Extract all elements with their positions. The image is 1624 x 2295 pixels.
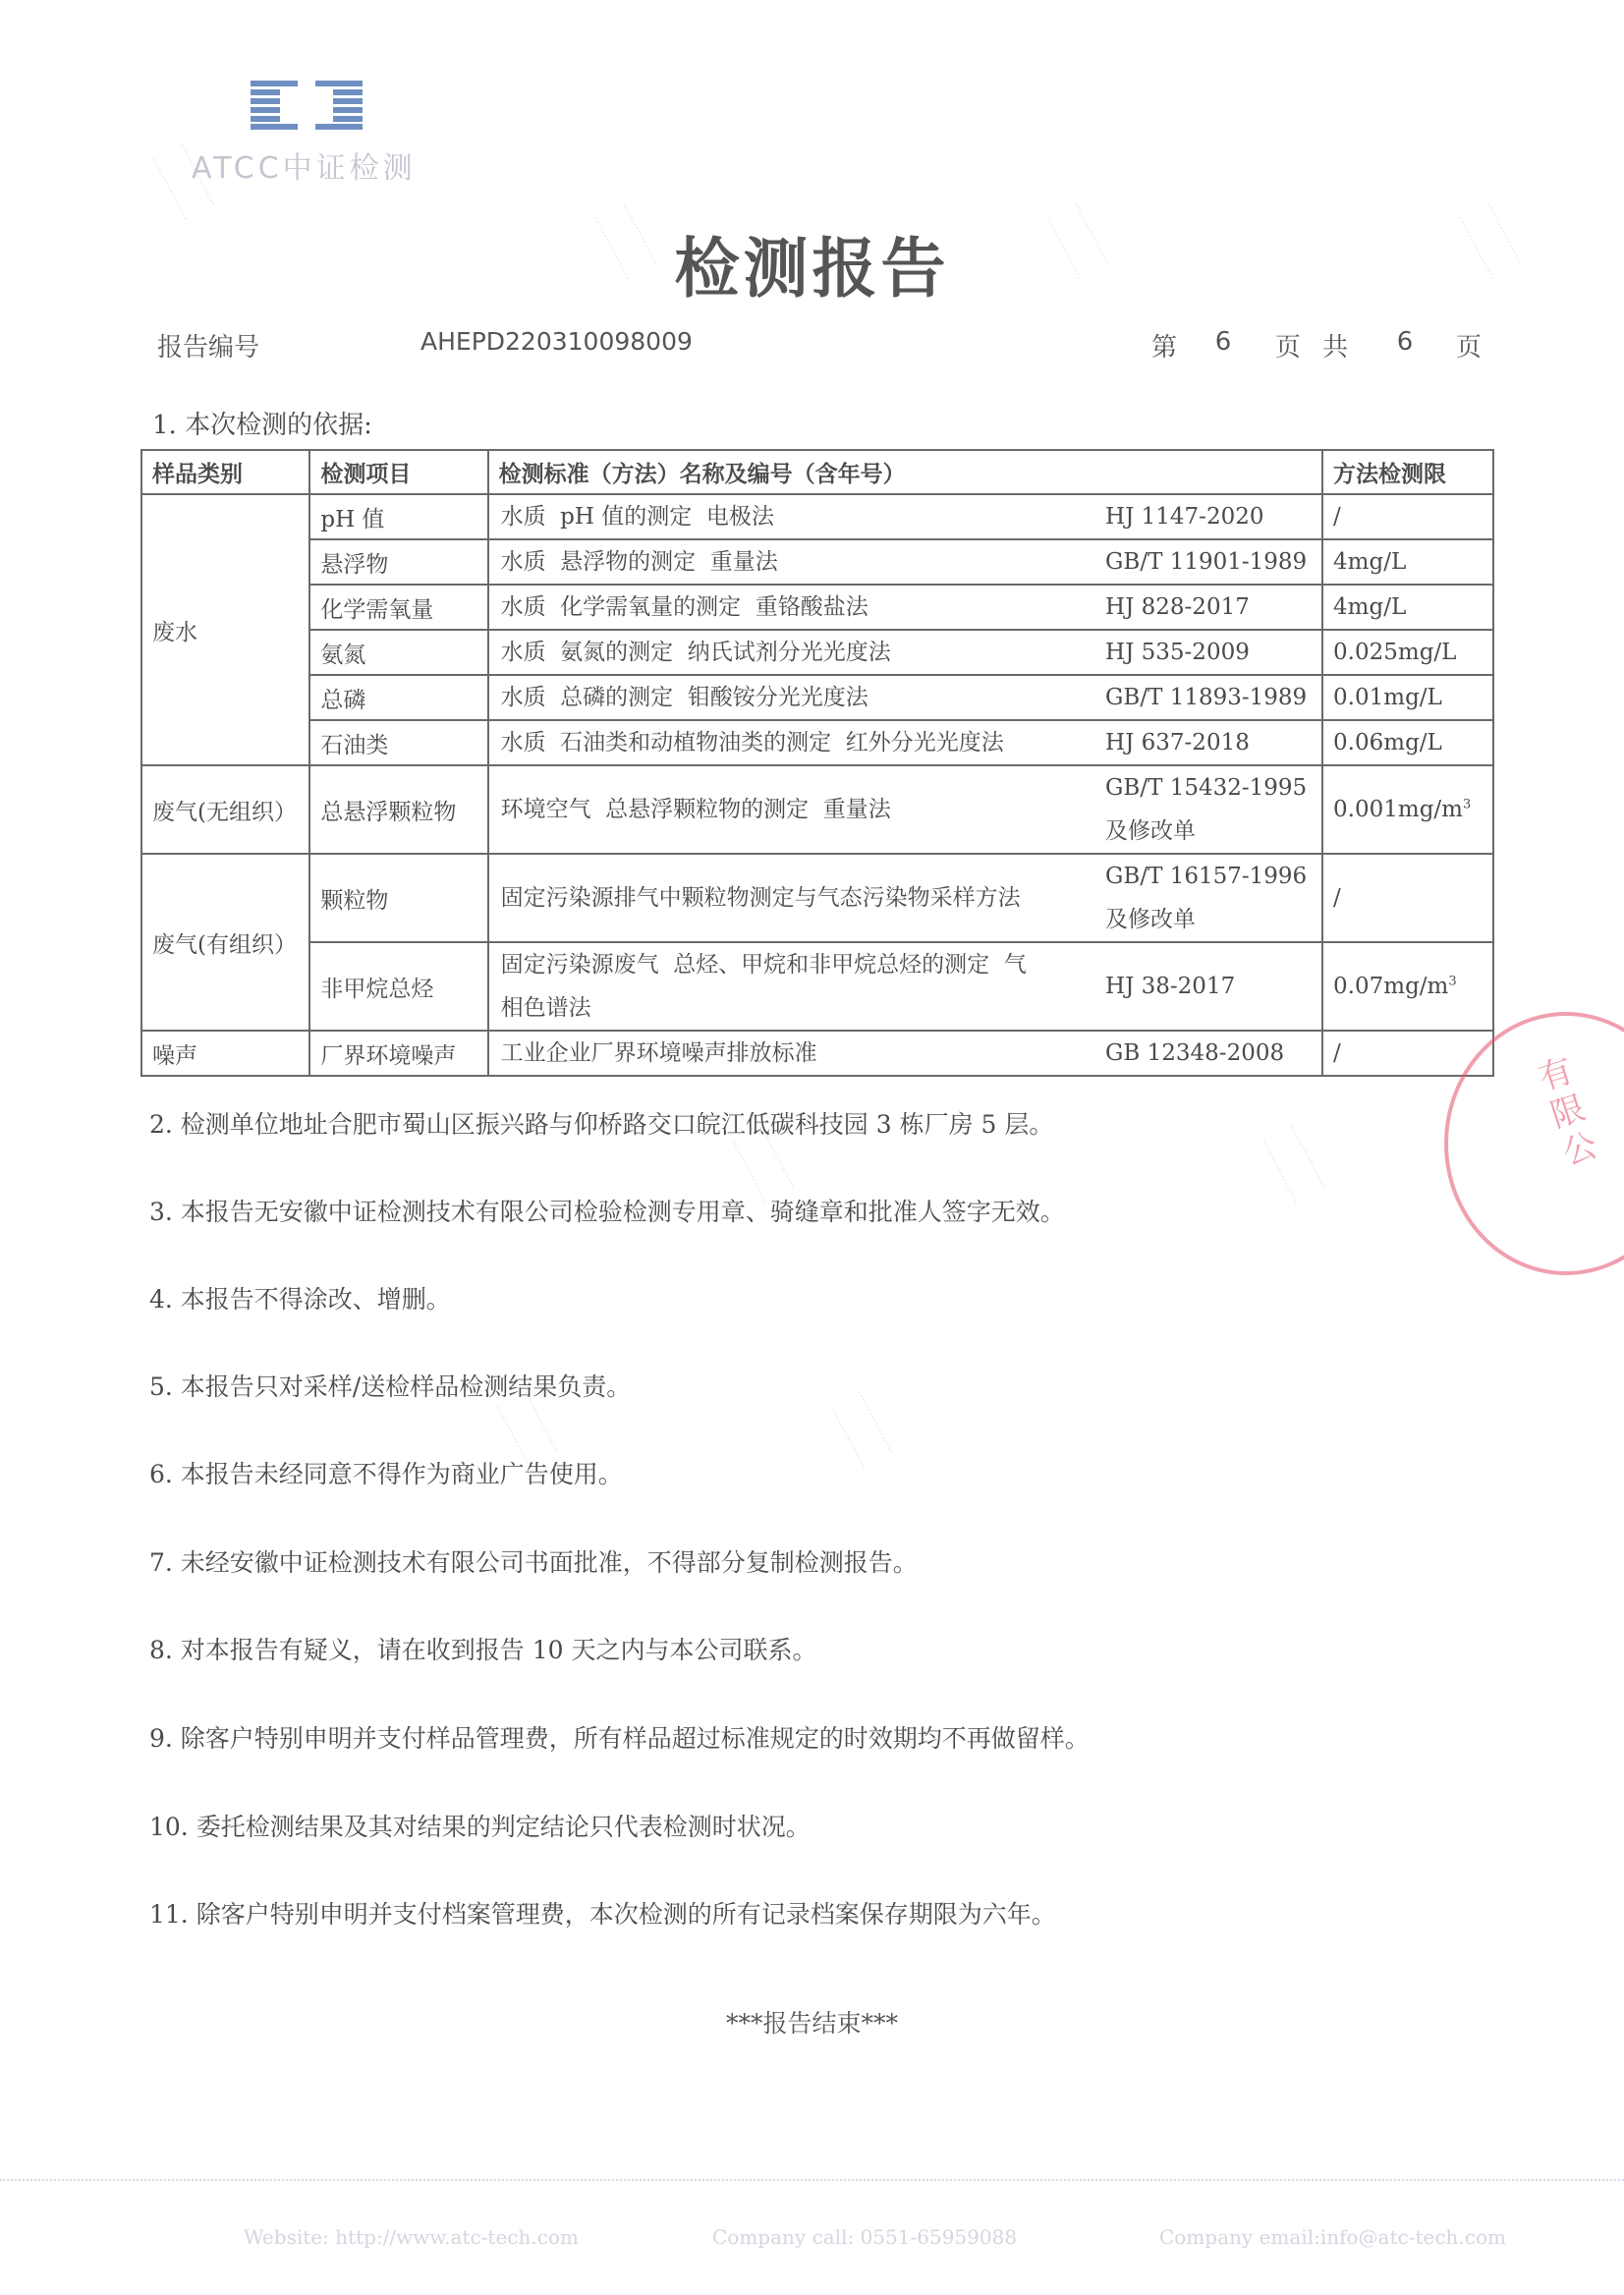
- category-cell: 噪声: [141, 1031, 309, 1076]
- item-cell: 化学需氧量: [309, 585, 487, 630]
- page-total: 6: [1371, 327, 1439, 364]
- item-cell: 悬浮物: [309, 539, 487, 585]
- table-row: 废水 pH 值 水质 pH 值的测定 电极法HJ 1147-2020 /: [141, 494, 1493, 539]
- table-row: 噪声 厂界环境噪声 工业企业厂界环境噪声排放标准GB 12348-2008 /: [141, 1031, 1493, 1076]
- standard-cell: 环境空气 总悬浮颗粒物的测定 重量法GB/T 15432-1995及修改单: [488, 765, 1322, 854]
- note-item: 11. 除客户特别申明并支付档案管理费，本次检测的所有记录档案保存期限为六年。: [149, 1895, 1056, 1931]
- item-cell: 总悬浮颗粒物: [309, 765, 487, 854]
- limit-cell: 0.001mg/m3: [1322, 765, 1493, 854]
- company-logo: ATCC中证检测: [192, 81, 437, 189]
- page-prefix: 第: [1135, 327, 1194, 364]
- standard-cell: 水质 氨氮的测定 纳氏试剂分光光度法HJ 535-2009: [488, 630, 1322, 675]
- note-item: 6. 本报告未经同意不得作为商业广告使用。: [149, 1455, 623, 1490]
- watermark: [1263, 1126, 1325, 1203]
- logo-text: ATCC中证检测: [192, 143, 417, 187]
- limit-cell: 0.025mg/L: [1322, 630, 1493, 675]
- note-item: 4. 本报告不得涂改、增删。: [149, 1280, 451, 1315]
- limit-cell: 0.07mg/m3: [1322, 942, 1493, 1031]
- page-suffix: 页: [1439, 327, 1498, 364]
- category-cell: 废水: [141, 494, 309, 765]
- note-item: 8. 对本报告有疑义，请在收到报告 10 天之内与本公司联系。: [149, 1631, 817, 1666]
- testing-basis-table: 样品类别 检测项目 检测标准（方法）名称及编号（含年号） 方法检测限 废水 pH…: [140, 449, 1494, 1077]
- header-standard: 检测标准（方法）名称及编号（含年号）: [488, 450, 1322, 494]
- note-item: 7. 未经安徽中证检测技术有限公司书面批准，不得部分复制检测报告。: [149, 1543, 918, 1579]
- table-row: 石油类 水质 石油类和动植物油类的测定 红外分光光度法HJ 637-2018 0…: [141, 720, 1493, 765]
- standard-cell: 水质 悬浮物的测定 重量法GB/T 11901-1989: [488, 539, 1322, 585]
- item-cell: 石油类: [309, 720, 487, 765]
- standard-cell: 水质 化学需氧量的测定 重铬酸盐法HJ 828-2017: [488, 585, 1322, 630]
- standard-cell: 水质 石油类和动植物油类的测定 红外分光光度法HJ 637-2018: [488, 720, 1322, 765]
- page-mid: 页 共: [1253, 327, 1371, 364]
- note-item: 3. 本报告无安徽中证检测技术有限公司检验检测专用章、骑缝章和批准人签字无效。: [149, 1193, 1065, 1228]
- category-cell: 废气(无组织）: [141, 765, 309, 854]
- standard-cell: 水质 pH 值的测定 电极法HJ 1147-2020: [488, 494, 1322, 539]
- table-row: 废气(无组织） 总悬浮颗粒物 环境空气 总悬浮颗粒物的测定 重量法GB/T 15…: [141, 765, 1493, 854]
- footer-email: Company email:info@atc-tech.com: [1159, 2225, 1506, 2249]
- item-cell: 氨氮: [309, 630, 487, 675]
- page-title: 检测报告: [0, 216, 1624, 309]
- limit-cell: 4mg/L: [1322, 585, 1493, 630]
- category-cell: 废气(有组织）: [141, 854, 309, 1031]
- table-row: 悬浮物 水质 悬浮物的测定 重量法GB/T 11901-1989 4mg/L: [141, 539, 1493, 585]
- standard-cell: 固定污染源废气 总烃、甲烷和非甲烷总烃的测定 气相色谱法HJ 38-2017: [488, 942, 1322, 1031]
- item-cell: 厂界环境噪声: [309, 1031, 487, 1076]
- note-item: 2. 检测单位地址合肥市蜀山区振兴路与仰桥路交口皖江低碳科技园 3 栋厂房 5 …: [149, 1105, 1053, 1141]
- logo-mark-icon: [251, 81, 368, 130]
- header-item: 检测项目: [309, 450, 487, 494]
- page-current: 6: [1194, 327, 1253, 364]
- item-cell: 总磷: [309, 675, 487, 720]
- limit-cell: 0.06mg/L: [1322, 720, 1493, 765]
- item-cell: pH 值: [309, 494, 487, 539]
- header-limit: 方法检测限: [1322, 450, 1493, 494]
- table-header-row: 样品类别 检测项目 检测标准（方法）名称及编号（含年号） 方法检测限: [141, 450, 1493, 494]
- limit-cell: /: [1322, 854, 1493, 942]
- item-cell: 颗粒物: [309, 854, 487, 942]
- limit-cell: 0.01mg/L: [1322, 675, 1493, 720]
- table-row: 化学需氧量 水质 化学需氧量的测定 重铬酸盐法HJ 828-2017 4mg/L: [141, 585, 1493, 630]
- footer-website: Website: http://www.atc-tech.com: [244, 2225, 579, 2249]
- stamp-text: 有限公: [1525, 1050, 1607, 1177]
- watermark: [831, 1391, 893, 1468]
- table-row: 氨氮 水质 氨氮的测定 纳氏试剂分光光度法HJ 535-2009 0.025mg…: [141, 630, 1493, 675]
- report-number: AHEPD220310098009: [420, 327, 693, 356]
- header-category: 样品类别: [141, 450, 309, 494]
- note-item: 5. 本报告只对采样/送检样品检测结果负责。: [149, 1368, 631, 1403]
- limit-cell: /: [1322, 494, 1493, 539]
- section-heading: 1. 本次检测的依据:: [152, 405, 372, 441]
- report-end-mark: ***报告结束***: [0, 2004, 1624, 2040]
- note-item: 10. 委托检测结果及其对结果的判定结论只代表检测时状况。: [149, 1808, 811, 1843]
- note-item: 9. 除客户特别申明并支付样品管理费，所有样品超过标准规定的时效期均不再做留样。: [149, 1719, 1090, 1755]
- footer-phone: Company call: 0551-65959088: [712, 2225, 1017, 2249]
- table-row: 非甲烷总烃 固定污染源废气 总烃、甲烷和非甲烷总烃的测定 气相色谱法HJ 38-…: [141, 942, 1493, 1031]
- standard-cell: 工业企业厂界环境噪声排放标准GB 12348-2008: [488, 1031, 1322, 1076]
- table-row: 总磷 水质 总磷的测定 钼酸铵分光光度法GB/T 11893-1989 0.01…: [141, 675, 1493, 720]
- page-indicator: 第 6 页 共 6 页: [1135, 327, 1498, 364]
- report-number-label: 报告编号: [157, 327, 259, 364]
- footer-divider: [0, 2179, 1624, 2181]
- standard-cell: 水质 总磷的测定 钼酸铵分光光度法GB/T 11893-1989: [488, 675, 1322, 720]
- table-row: 废气(有组织） 颗粒物 固定污染源排气中颗粒物测定与气态污染物采样方法GB/T …: [141, 854, 1493, 942]
- item-cell: 非甲烷总烃: [309, 942, 487, 1031]
- limit-cell: 4mg/L: [1322, 539, 1493, 585]
- standard-cell: 固定污染源排气中颗粒物测定与气态污染物采样方法GB/T 16157-1996及修…: [488, 854, 1322, 942]
